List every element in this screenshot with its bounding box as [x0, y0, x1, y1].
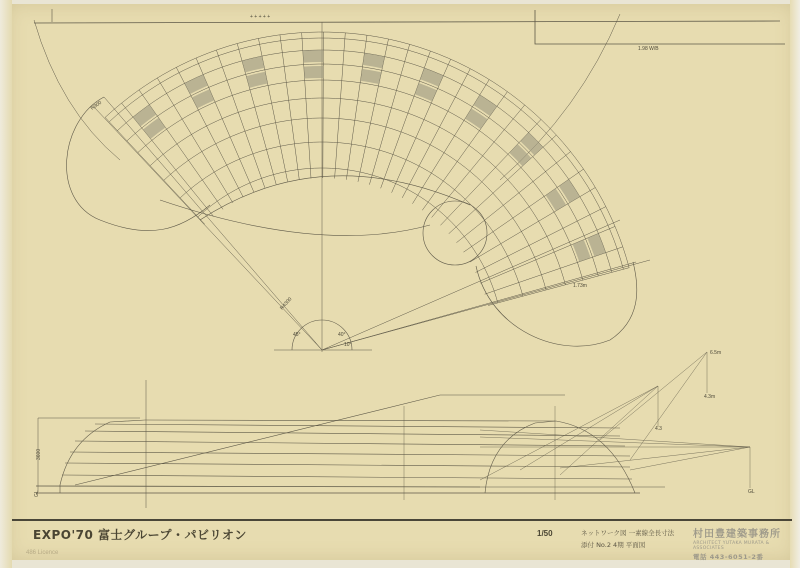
- point-label-3: 4.3: [655, 426, 662, 432]
- right-tag: 1.73m: [573, 283, 587, 289]
- height-dimension: 3600: [36, 449, 42, 460]
- fan-rays: [94, 97, 650, 350]
- plan-and-elevation-drawing: R4300 45° 40° 10° R900 1.73m 1.98 W/B + …: [0, 0, 800, 568]
- point-label-4: GL: [748, 489, 755, 495]
- elevation-view: [36, 352, 750, 508]
- point-label-1: 6.5m: [710, 350, 721, 356]
- angle-left-label: 45°: [293, 332, 301, 338]
- ground-mark: GL: [34, 490, 40, 497]
- top-right-tag: 1.98 W/B: [638, 46, 659, 52]
- office-stamp: 村田豊建築事務所 ARCHITECT YUTAKA MURATA & ASSOC…: [693, 525, 800, 561]
- archive-label: 486 Licence: [26, 550, 58, 556]
- angle-right-label: 40°: [338, 332, 346, 338]
- top-dimension: + + + + +: [250, 14, 270, 20]
- office-tel: 電話 443-6051-2番: [693, 552, 800, 561]
- angle-low-label: 10°: [344, 342, 352, 348]
- office-name: 村田豊建築事務所: [693, 525, 800, 540]
- office-address: ARCHITECT YUTAKA MURATA & ASSOCIATES: [693, 541, 800, 551]
- drawing-title: EXPO'70 富士グループ・パビリオン: [33, 526, 247, 543]
- point-label-2: 4.3m: [704, 394, 715, 400]
- drawing-note-1: ネットワーク図 一素線全長寸法: [581, 528, 674, 537]
- title-block-rule: [12, 519, 792, 521]
- drawing-scale: 1/50: [537, 529, 553, 538]
- radius-label: R4300: [279, 296, 293, 311]
- drawing-note-2: 添付 No.2 4期 平面図: [581, 540, 645, 549]
- drawing-sheet: R4300 45° 40° 10° R900 1.73m 1.98 W/B + …: [0, 0, 800, 568]
